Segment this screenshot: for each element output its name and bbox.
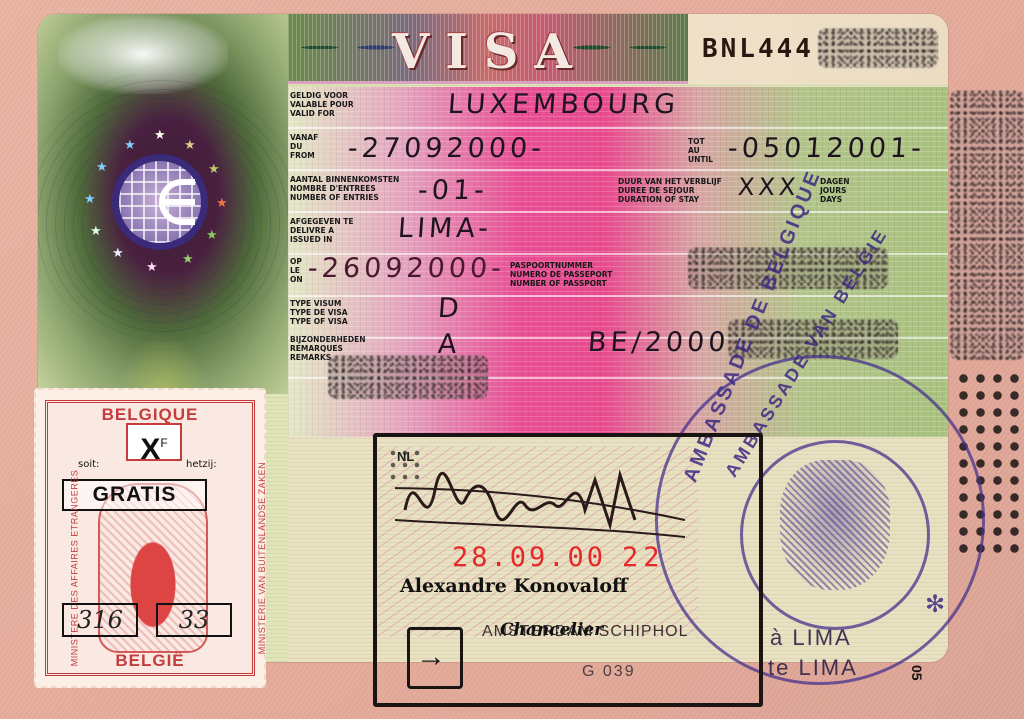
- label-issued-in: AFGEGEVEN TEDELIVRE AISSUED IN: [290, 217, 354, 244]
- star-icon: ★: [206, 228, 218, 241]
- star-icon: ★: [146, 260, 158, 273]
- value-on: -26092000-: [307, 253, 506, 284]
- label-on: OPLEON: [290, 257, 303, 284]
- star-icon: ★: [124, 138, 136, 151]
- entry-gate: G 039: [582, 663, 636, 681]
- entry-arrow-box: →: [407, 627, 463, 689]
- stamp-country-top: BELGIQUE: [48, 405, 252, 425]
- seal-city-line-1: à LIMA: [770, 625, 852, 651]
- redacted-page-stamp: [950, 90, 1024, 360]
- value-remarks-reference: BE/2000: [587, 327, 731, 358]
- value-duration-of-stay: XXX: [737, 173, 800, 201]
- star-icon: ★: [90, 224, 102, 237]
- label-type-of-visa: TYPE VISUMTYPE DE VISATYPE OF VISA: [290, 299, 348, 326]
- stamp-amount: XF: [126, 423, 182, 461]
- label-valid-for: GELDIG VOORVALABLE POURVALID FOR: [290, 91, 354, 118]
- arrow-right-icon: →: [416, 642, 446, 672]
- label-duration-of-stay: DUUR VAN HET VERBLIJFDUREE DE SEJOURDURA…: [618, 177, 722, 204]
- belgian-coat-of-arms-icon: [780, 460, 890, 590]
- value-from: -27092000-: [347, 133, 546, 164]
- stamp-label-right: hetzij:: [186, 459, 217, 470]
- star-icon: ★: [112, 246, 124, 259]
- redacted-remarks-2: [328, 355, 488, 399]
- value-valid-for: LUXEMBOURG: [447, 89, 680, 120]
- value-until: -05012001-: [727, 133, 926, 164]
- fee-stamp: BELGIQUE XF soit: hetzij: GRATIS MINISTE…: [34, 388, 266, 688]
- signature: [395, 450, 685, 550]
- label-days: DAGENJOURSDAYS: [820, 177, 850, 204]
- stamp-country-bottom: BELGIË: [48, 651, 252, 671]
- star-icon: ★: [208, 162, 220, 175]
- leaf-watermark: [118, 334, 208, 394]
- star-icon: ★: [184, 138, 196, 151]
- stamp-number-right: 33: [156, 603, 232, 637]
- visa-title-band: VISA: [288, 14, 688, 84]
- euro-globe-icon: [112, 154, 208, 250]
- star-icon: ★: [154, 128, 166, 141]
- value-issued-in: LIMA-: [397, 213, 493, 244]
- visa-title: VISA: [392, 24, 588, 80]
- serial-number-box: BNL444: [688, 14, 948, 84]
- star-icon: ★: [216, 196, 228, 209]
- value-type-of-visa: D: [437, 293, 464, 324]
- stamp-label-left: soit:: [78, 459, 99, 470]
- label-passport-number: PASPOORTNUMMERNUMERO DE PASSEPORTNUMBER …: [510, 261, 612, 288]
- page-number: 05: [909, 665, 925, 681]
- star-icon: ★: [96, 160, 108, 173]
- redacted-serial: [818, 28, 938, 68]
- star-icon: ★: [182, 252, 194, 265]
- star-icon: ★: [84, 192, 96, 205]
- signatory-title: Chancelier: [500, 620, 603, 640]
- value-number-of-entries: -01-: [417, 175, 489, 206]
- label-until: TOTAUUNTIL: [688, 137, 713, 164]
- serial-number: BNL444: [702, 34, 814, 64]
- label-number-of-entries: AANTAL BINNENKOMSTENNOMBRE D'ENTREESNUMB…: [290, 175, 399, 202]
- asterisk-icon: ✻: [925, 590, 945, 619]
- seal-city-line-2: te LIMA: [768, 655, 858, 681]
- stamp-number-left: 316: [62, 603, 138, 637]
- stamp-fee-gratis: GRATIS: [62, 479, 207, 511]
- label-from: VANAFDUFROM: [290, 133, 318, 160]
- signatory-name: Alexandre Konovaloff: [400, 575, 628, 597]
- stamp-side-right: MINISTERIE VAN BUITENLANDSE ZAKEN: [257, 462, 267, 654]
